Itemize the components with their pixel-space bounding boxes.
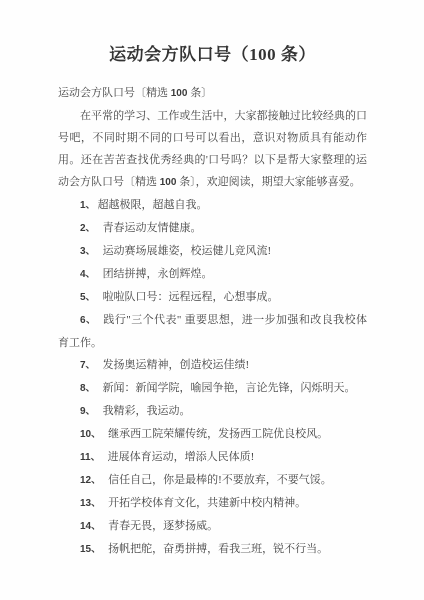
slogan-item: 12、信任自己，你是最棒的!不要放弃，不要气馁。 — [58, 469, 367, 492]
slogan-item-number: 4、 — [80, 269, 96, 280]
slogan-item: 14、青春无畏，逐梦扬威。 — [58, 515, 367, 538]
slogan-item-text: 新闻：新闻学院，喻园争艳，言论先锋，闪烁明天。 — [103, 382, 356, 394]
slogan-item-text: 运动赛场展雄姿，校运健儿竞风流! — [103, 245, 272, 257]
subtitle-count: 100 — [171, 88, 188, 99]
slogan-item-text: 信任自己，你是最棒的!不要放弃，不要气馁。 — [108, 474, 332, 486]
page-title: 运动会方队口号（100 条） — [58, 42, 367, 68]
subtitle-text-after: 条〕 — [187, 87, 212, 99]
slogan-item-text: 团结拼搏，永创辉煌。 — [103, 268, 213, 280]
slogan-item-number: 3、 — [80, 246, 96, 257]
slogan-item-number: 15、 — [80, 544, 101, 555]
slogan-item: 4、团结拼搏，永创辉煌。 — [58, 263, 367, 286]
slogan-item: 9、我精彩，我运动。 — [58, 400, 367, 423]
slogan-item-text: 我精彩，我运动。 — [103, 405, 191, 417]
slogan-item-number: 6、 — [80, 315, 96, 326]
slogan-item-text: 发扬奥运精神，创造校运佳绩! — [103, 359, 250, 371]
slogan-item-number: 11、 — [80, 452, 101, 463]
slogan-list: 1、超越极限，超越自我。 2、青春运动友情健康。 3、运动赛场展雄姿，校运健儿竞… — [58, 194, 367, 561]
slogan-item: 11、进展体育运动，增添人民体质! — [58, 446, 367, 469]
slogan-item: 8、新闻：新闻学院，喻园争艳，言论先锋，闪烁明天。 — [58, 377, 367, 400]
slogan-item-number: 1、 — [80, 200, 96, 211]
slogan-item: 7、发扬奥运精神，创造校运佳绩! — [58, 354, 367, 377]
slogan-item-text: 啦啦队口号：远程远程，心想事成。 — [103, 291, 279, 303]
slogan-item: 13、开拓学校体育文化，共建新中校内精神。 — [58, 492, 367, 515]
slogan-item-text: 开拓学校体育文化，共建新中校内精神。 — [108, 497, 306, 509]
slogan-item-text: 青春运动友情健康。 — [103, 222, 202, 234]
document-page: 运动会方队口号（100 条） 运动会方队口号〔精选 100 条〕 在平常的学习、… — [0, 0, 424, 600]
slogan-item: 10、继承西工院荣耀传统，发扬西工院优良校风。 — [58, 423, 367, 446]
intro-text-after: 条〕，欢迎阅读，期望大家能够喜爱。 — [176, 176, 360, 188]
slogan-item-number: 10、 — [80, 429, 101, 440]
slogan-item: 3、运动赛场展雄姿，校运健儿竞风流! — [58, 240, 367, 263]
slogan-item-number: 7、 — [80, 360, 96, 371]
slogan-item-number: 9、 — [80, 406, 96, 417]
intro-paragraph: 在平常的学习、工作或生活中，大家都接触过比较经典的口号吧，不同时期不同的口号可以… — [58, 105, 367, 194]
slogan-item-text: 践行"三个代表" 重要思想，进一步加强和改良我校体育工作。 — [58, 314, 367, 349]
slogan-item-number: 8、 — [80, 383, 96, 394]
slogan-item-number: 2、 — [80, 223, 96, 234]
slogan-item-text: 进展体育运动，增添人民体质! — [108, 451, 255, 463]
intro-count: 100 — [160, 177, 177, 188]
subtitle: 运动会方队口号〔精选 100 条〕 — [58, 82, 367, 105]
slogan-item-number: 5、 — [80, 292, 96, 303]
slogan-item: 15、扬帆把舵，奋勇拼搏，看我三班，锐不行当。 — [58, 538, 367, 561]
slogan-item: 1、超越极限，超越自我。 — [58, 194, 367, 217]
slogan-item-text: 超越极限，超越自我。 — [98, 199, 208, 211]
slogan-item-text: 青春无畏，逐梦扬威。 — [108, 520, 218, 532]
subtitle-text-before: 运动会方队口号〔精选 — [58, 87, 171, 99]
slogan-item: 5、啦啦队口号：远程远程，心想事成。 — [58, 286, 367, 309]
slogan-item-text: 继承西工院荣耀传统，发扬西工院优良校风。 — [108, 428, 328, 440]
slogan-item-number: 14、 — [80, 521, 101, 532]
slogan-item-text: 扬帆把舵，奋勇拼搏，看我三班，锐不行当。 — [108, 543, 328, 555]
slogan-item: 2、青春运动友情健康。 — [58, 217, 367, 240]
slogan-item: 6、践行"三个代表" 重要思想，进一步加强和改良我校体育工作。 — [58, 309, 367, 354]
slogan-item-number: 13、 — [80, 498, 101, 509]
slogan-item-number: 12、 — [80, 475, 101, 486]
